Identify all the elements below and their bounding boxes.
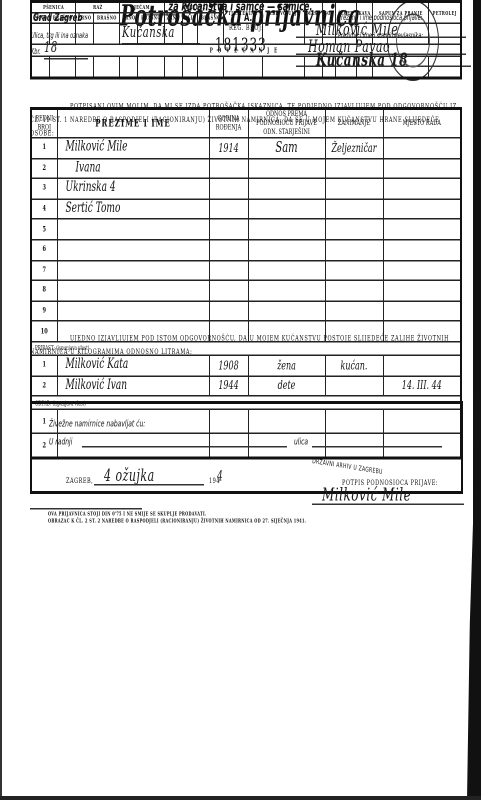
col-header-no: REDNI BROJ [31,109,57,138]
shop-label: U radnji [49,437,72,448]
occupation-cell[interactable] [325,179,383,199]
workplace-cell[interactable] [383,179,461,199]
workplace-cell[interactable] [383,219,461,239]
supply-cell[interactable] [198,23,224,44]
name-cell[interactable]: Ivana [57,158,209,178]
year-cell[interactable] [209,219,248,239]
workplace-cell[interactable] [383,158,461,178]
name-cell[interactable]: Milković Mile [57,138,209,158]
supply-cell[interactable] [94,56,120,78]
relation-cell[interactable] [248,301,325,321]
supply-cell[interactable] [50,56,76,78]
price-note: OVA PRIJAVNICA STOJI DIN 0'75 I NE SMIJE… [48,511,207,517]
name-cell[interactable] [57,219,209,239]
occupation-cell[interactable] [325,301,383,321]
relation-cell[interactable] [248,240,325,260]
sub-grain: ZRNO [31,13,50,24]
supply-cell[interactable] [373,56,429,78]
workplace-cell[interactable] [383,240,461,260]
supply-cell[interactable] [31,56,50,78]
year-cell[interactable] [209,301,248,321]
table-row: 2 Milković Ivan 1944 dete 14. III. 44 [31,376,461,396]
row-number: 3 [31,179,57,199]
supply-cell[interactable] [224,56,262,78]
supply-cell[interactable] [335,23,356,44]
supply-cell[interactable] [31,23,50,44]
relation-cell[interactable] [248,158,325,178]
year-cell[interactable] [209,240,248,260]
relation-cell[interactable] [248,219,325,239]
table-row: 3 Ukrinska 4 [31,179,461,199]
col-sugar: ŠEĆER [335,2,356,24]
supply-cell[interactable] [305,56,323,78]
supply-cell[interactable] [94,23,120,44]
relation-cell[interactable]: dete [248,376,325,396]
workplace-cell[interactable] [383,260,461,280]
table-row: 9 [31,301,461,321]
relation-cell[interactable]: Sam [248,138,325,158]
shop-street-label: ulica [294,437,308,448]
sub-cob: KLIP [182,13,198,24]
year-cell[interactable] [209,199,248,219]
occupation-cell[interactable] [325,376,383,396]
relation-cell[interactable] [248,199,325,219]
year-suffix[interactable]: 4 [217,470,223,485]
row-number: 2 [31,158,57,178]
name-cell[interactable] [57,280,209,300]
place-label: ZAGREB, [66,477,93,486]
supply-cell[interactable] [76,23,94,44]
supply-cell[interactable] [356,56,373,78]
table-row: 7 [31,260,461,280]
occupation-cell[interactable] [325,158,383,178]
supply-cell[interactable] [50,23,76,44]
occupation-cell[interactable] [325,260,383,280]
col-group-corn: KUKURUZ [164,2,224,13]
year-cell[interactable]: 1944 [209,376,248,396]
occupation-cell[interactable]: Željezničar [325,138,383,158]
scan-edge-left [0,0,2,800]
archive-stamp: DRŽAVNI ARHIV U ZAGREBU [312,458,383,477]
supply-cell[interactable] [323,23,336,44]
shop-box-title: Živežne namirnice nabavljat ću: [49,419,145,430]
table-row: 5 [31,219,461,239]
col-oil: JESTIVO ULJE [262,2,304,24]
table-row: 8 [31,280,461,300]
sub-grain: ZRNO [120,13,138,24]
date-field[interactable]: 4 ožujka [94,466,204,486]
workplace-cell[interactable] [383,280,461,300]
col-header-occupation: ZANIMANJE [325,109,383,138]
sub-grain: ZRNO [76,13,94,24]
table-row: 4 Sertić Tomo [31,199,461,219]
row-number: 1 [31,138,57,158]
supply-cell[interactable] [120,23,138,44]
row-number: 9 [31,301,57,321]
relation-cell[interactable] [248,280,325,300]
workplace-cell[interactable] [383,301,461,321]
year-cell[interactable] [209,179,248,199]
year-cell[interactable] [209,158,248,178]
shop-field[interactable] [82,446,287,448]
sub-flour: BRAŠNO [94,13,120,24]
supplies-header-row: PŠENICA RAŽ JEČAM KUKURUZ TJESTENINE JES… [31,2,461,13]
signature-field[interactable]: Milković Mile [312,484,464,505]
supply-cell[interactable] [335,56,356,78]
col-group-wheat: PŠENICA [31,2,76,13]
row-number: 4 [31,199,57,219]
supply-cell[interactable] [262,23,304,44]
occupation-cell[interactable] [325,240,383,260]
supply-cell[interactable] [356,23,373,44]
row-number: 2 [31,376,57,396]
name-cell[interactable] [57,240,209,260]
sub-flour: BRAŠNO [50,13,76,24]
sub-grain: ZRNO [164,13,182,24]
year-cell[interactable]: 1914 [209,138,248,158]
col-group-barley: JEČAM [120,2,164,13]
col-header-name: PREZIME I IME [57,109,209,138]
increase-label: POVEĆANJE [31,44,461,56]
table-row: 1 Milković Mile 1914 Sam Željezničar [31,138,461,158]
supplies-values-row [31,23,461,44]
relation-cell[interactable] [248,260,325,280]
col-header-workplace: MJESTO RADA [383,109,461,138]
supply-cell[interactable] [182,23,198,44]
table-row: 6 [31,240,461,260]
shop-street-field[interactable] [312,446,442,448]
supply-cell[interactable] [224,23,262,44]
household-header-row: REDNI BROJ PREZIME I IME GODINA ROĐENJA … [31,109,461,138]
supply-cell[interactable] [429,23,461,44]
supply-cell[interactable] [305,23,323,44]
supplies-text: UJEDNO IZJAVLJUJEM POD ISTOM ODGOVORNOŠĆ… [30,333,462,360]
supplies-table: PŠENICA RAŽ JEČAM KUKURUZ TJESTENINE JES… [30,0,462,80]
name-cell[interactable]: Ukrinska 4 [57,179,209,199]
row-number: 5 [31,219,57,239]
occupation-cell[interactable] [325,199,383,219]
form-reference-note: OBRAZAC K ČL. 2 ST. 2 NAREDBE O RASPODJE… [48,518,306,524]
supply-cell[interactable] [262,56,304,78]
supply-cell[interactable] [164,56,182,78]
supply-cell[interactable] [138,23,164,44]
col-pasta: TJESTENINE [224,2,262,24]
supply-cell[interactable] [323,56,336,78]
table-row: 2 Ivana [31,158,461,178]
row-number: 7 [31,260,57,280]
col-salt: SOL [323,2,336,24]
workplace-cell[interactable]: 14. III. 44 [383,376,461,396]
increase-row: POVEĆANJE [31,44,461,56]
relation-cell[interactable] [248,179,325,199]
supply-cell[interactable] [120,56,138,78]
col-petroleum: PETROLEJ [429,2,461,24]
scan-edge-bottom [0,796,481,800]
name-cell[interactable] [57,301,209,321]
sub-flour: BRAŠNO [198,13,224,24]
occupation-cell[interactable] [325,280,383,300]
name-cell[interactable]: Sertić Tomo [57,199,209,219]
increase-values-row [31,56,461,78]
col-group-rye: RAŽ [76,2,120,13]
row-number: 8 [31,280,57,300]
row-number: 6 [31,240,57,260]
workplace-cell[interactable] [383,138,461,158]
name-cell[interactable]: Milković Ivan [57,376,209,396]
occupation-cell[interactable] [325,219,383,239]
supply-cell[interactable] [182,56,198,78]
supply-cell[interactable] [76,56,94,78]
year-cell[interactable] [209,280,248,300]
col-soap: SAPUN ZA PRANJE [373,2,429,24]
col-lard: MAST [305,2,323,24]
supply-cell[interactable] [373,23,429,44]
col-header-relation: ODNOS PREMA PODNOSIOCU PRIJAVE ODN. STAR… [248,109,325,138]
col-header-year: GODINA ROĐENJA [209,109,248,138]
name-cell[interactable] [57,260,209,280]
supply-cell[interactable] [198,56,224,78]
col-coffee: KAVA [356,2,373,24]
year-cell[interactable] [209,260,248,280]
sub-flour: BRAŠNO [138,13,164,24]
supply-cell[interactable] [138,56,164,78]
workplace-cell[interactable] [383,199,461,219]
supply-cell[interactable] [164,23,182,44]
footer-divider [30,508,142,510]
supply-cell[interactable] [429,56,461,78]
